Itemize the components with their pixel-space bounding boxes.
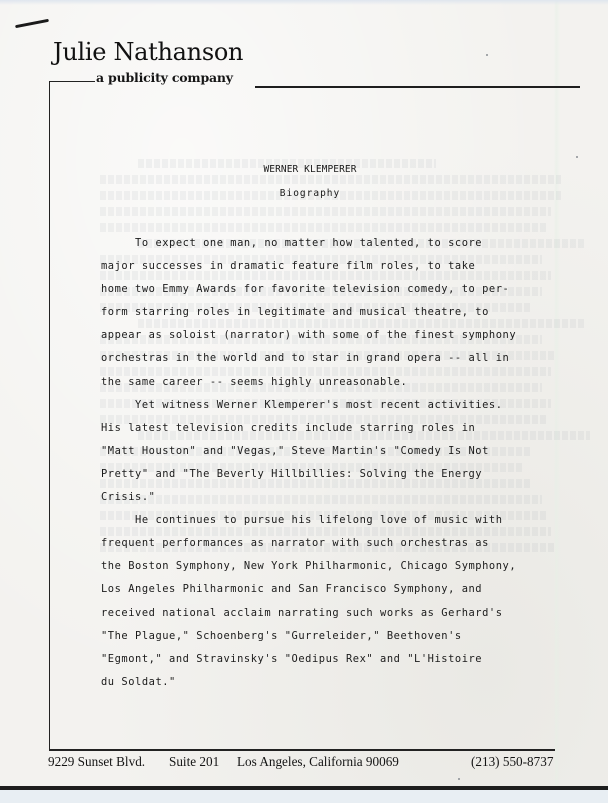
letterhead-tagline: a publicity company	[96, 70, 233, 85]
page-top-edge	[0, 0, 608, 5]
body-paragraph: Yet witness Werner Klemperer's most rece…	[101, 394, 561, 509]
body-line: "Matt Houston" and "Vegas," Steve Martin…	[101, 440, 561, 463]
show-through-line	[100, 207, 551, 216]
body-line: the Boston Symphony, New York Philharmon…	[101, 555, 561, 578]
pen-mark	[15, 19, 49, 28]
document-subtitle: Biography	[100, 188, 520, 199]
body-line: He continues to pursue his lifelong love…	[101, 509, 561, 532]
paper-speck	[576, 156, 578, 158]
body-line: Los Angeles Philharmonic and San Francis…	[101, 578, 561, 601]
footer-suite: Suite 201	[169, 754, 219, 770]
body-line: Yet witness Werner Klemperer's most rece…	[101, 394, 561, 417]
letterhead-company-name: Julie Nathanson	[53, 38, 243, 66]
document-title: WERNER KLEMPERER	[100, 164, 520, 175]
body-line: "The Plague," Schoenberg's "Gurreleider,…	[101, 625, 561, 648]
body-line: "Egmont," and Stravinsky's "Oedipus Rex"…	[101, 648, 561, 671]
body-paragraph: To expect one man, no matter how talente…	[101, 232, 561, 394]
body-paragraph: He continues to pursue his lifelong love…	[101, 509, 561, 694]
footer-street: 9229 Sunset Blvd.	[48, 754, 145, 770]
body-line: orchestras in the world and to star in g…	[101, 347, 561, 370]
show-through-line	[100, 223, 546, 232]
scan-background	[0, 790, 608, 803]
body-line: To expect one man, no matter how talente…	[101, 232, 561, 255]
body-line: Pretty" and "The Beverly Hillbillies: So…	[101, 463, 561, 486]
body-line: received national acclaim narrating such…	[101, 602, 561, 625]
paper-speck	[486, 54, 488, 56]
letter-page: Julie Nathanson a publicity company WERN…	[0, 0, 608, 790]
body-line: form starring roles in legitimate and mu…	[101, 301, 561, 324]
body-line: frequent performances as narrator with s…	[101, 532, 561, 555]
body-line: the same career -- seems highly unreason…	[101, 371, 561, 394]
body-line: His latest television credits include st…	[101, 417, 561, 440]
frame-left-rule	[49, 81, 50, 749]
body-line: appear as soloist (narrator) with some o…	[101, 324, 561, 347]
body-line: home two Emmy Awards for favorite televi…	[101, 278, 561, 301]
body-line: major successes in dramatic feature film…	[101, 255, 561, 278]
footer-phone: (213) 550-8737	[471, 754, 553, 770]
footer-city: Los Angeles, California 90069	[237, 754, 399, 770]
letterhead-rule-left	[50, 81, 95, 82]
paper-speck	[458, 778, 460, 780]
frame-bottom-rule	[49, 749, 555, 751]
body-line: Crisis."	[101, 486, 561, 509]
body-line: du Soldat."	[101, 671, 561, 694]
document-body: To expect one man, no matter how talente…	[101, 232, 561, 694]
show-through-line	[100, 175, 561, 184]
letterhead-rule-right	[255, 86, 580, 88]
company-name-text: Julie Nathanson	[53, 38, 243, 66]
